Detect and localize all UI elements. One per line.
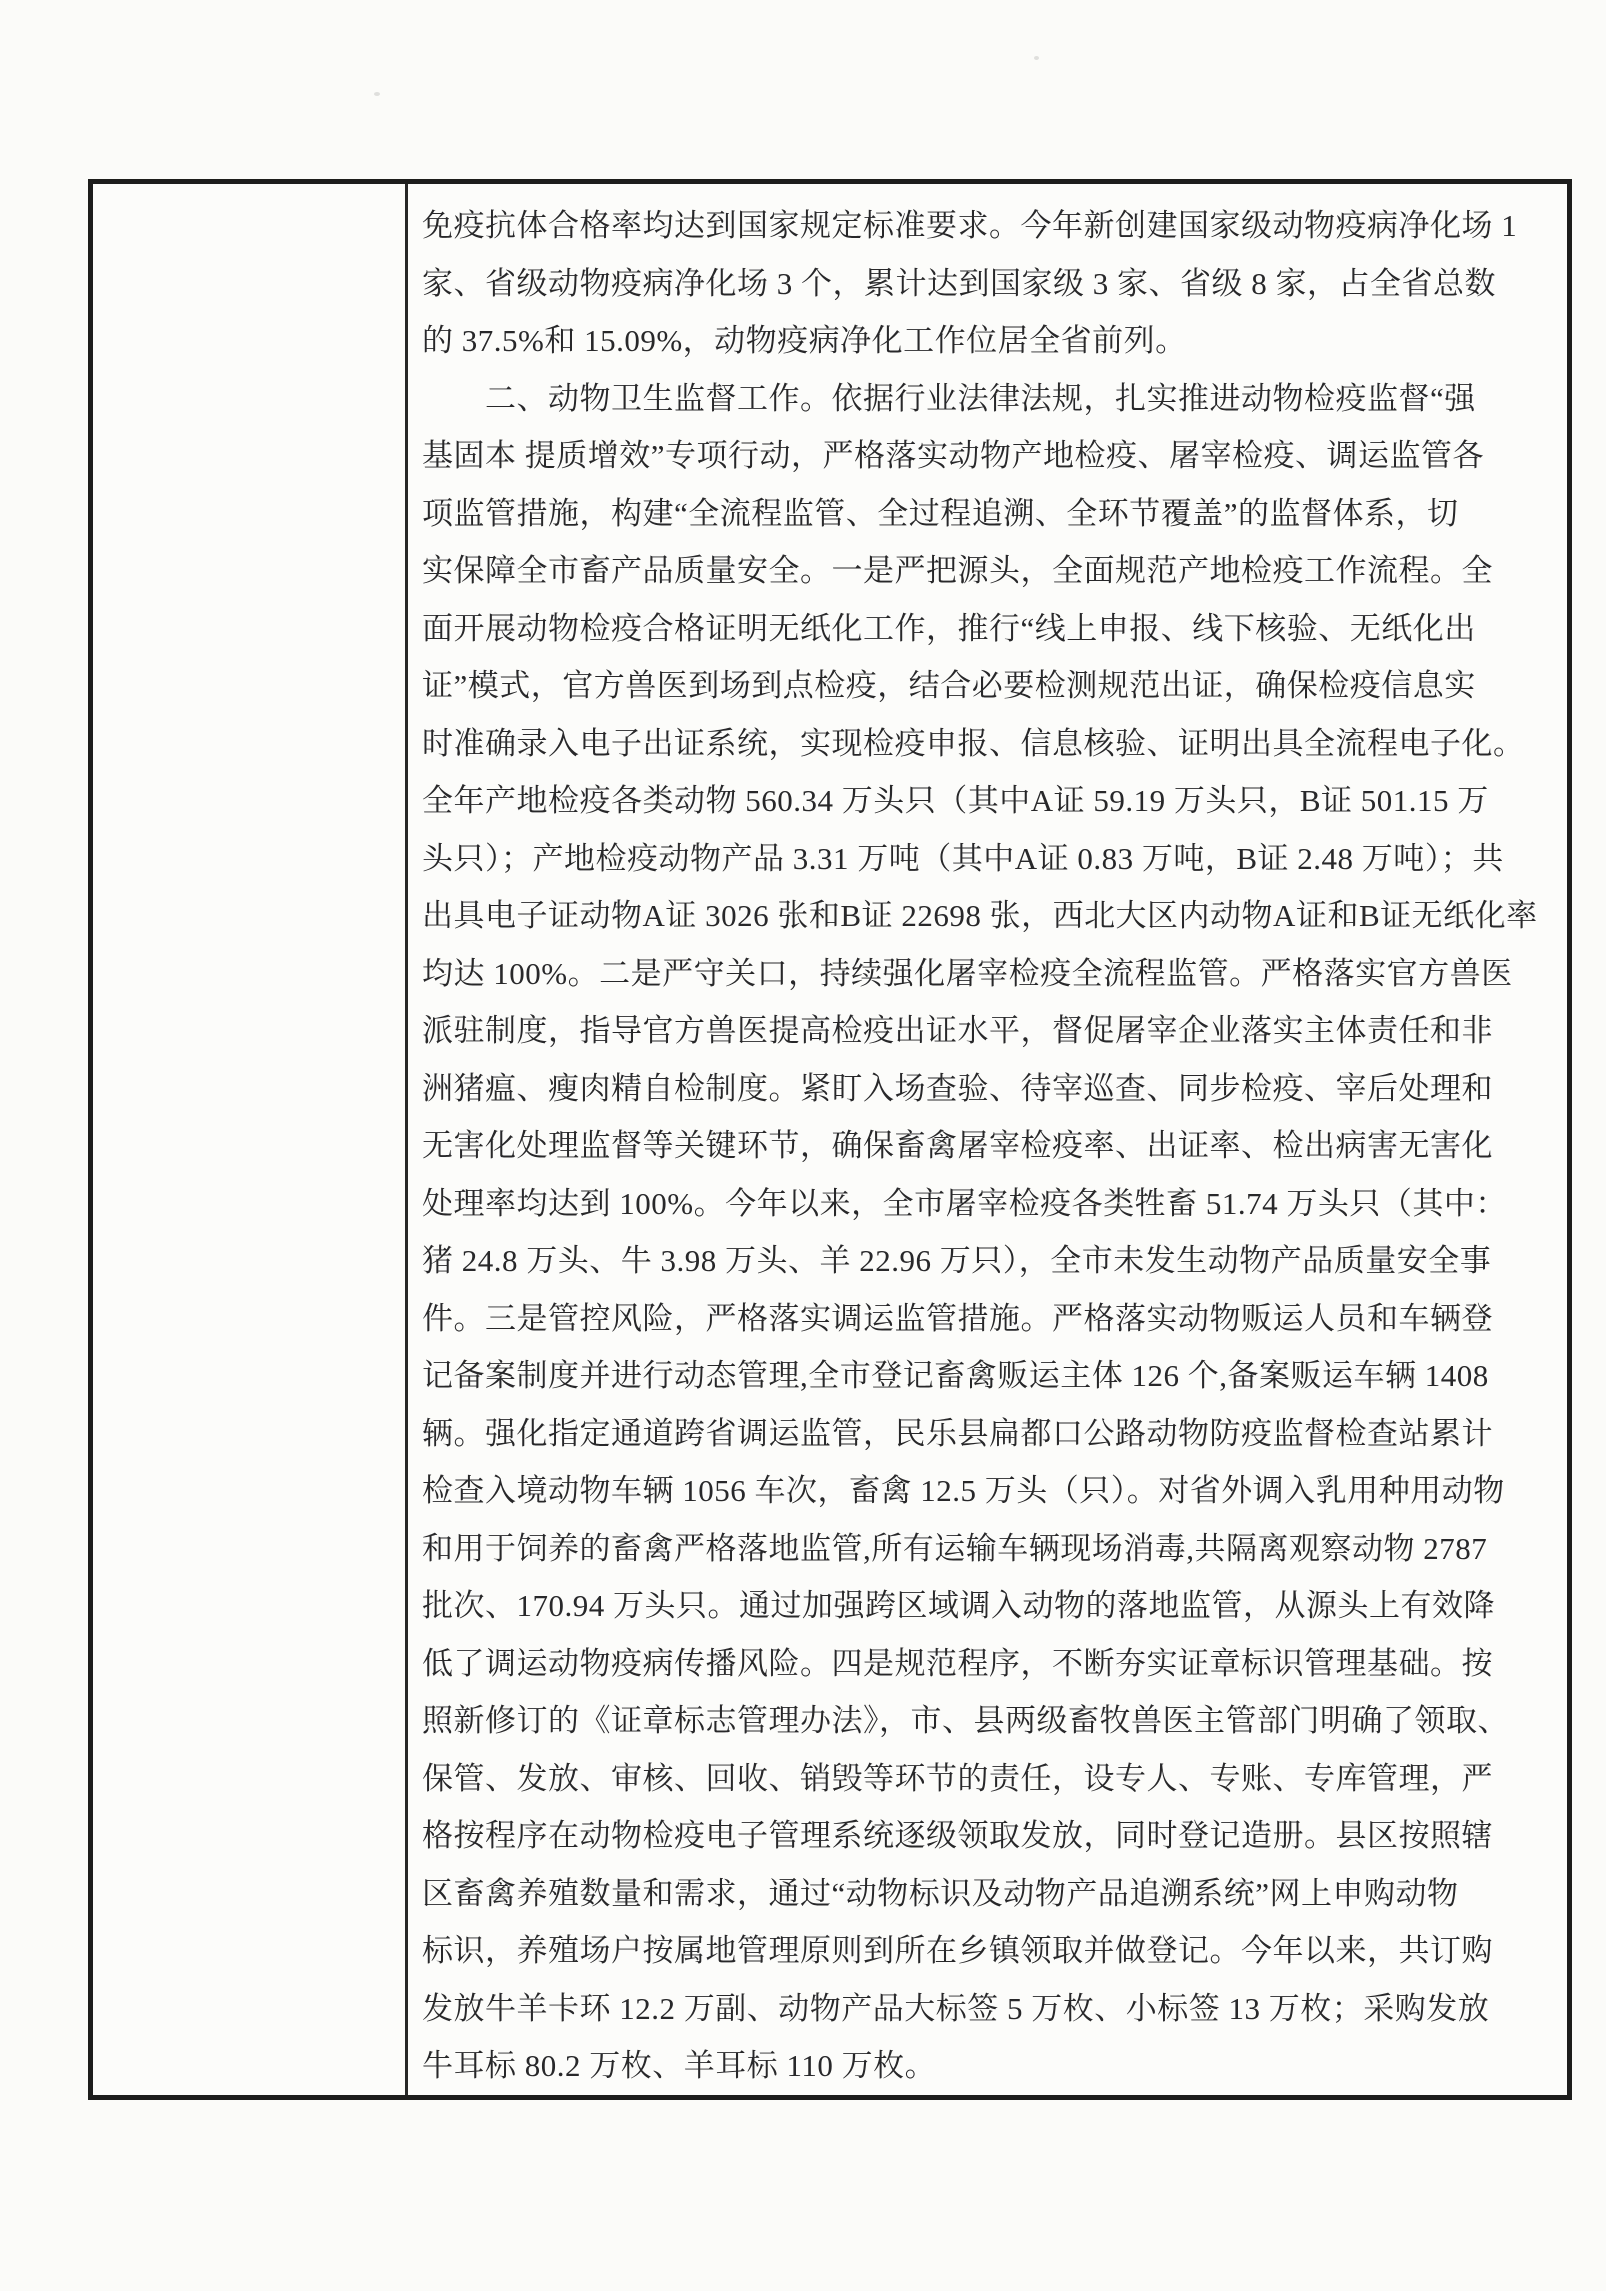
text-line: 辆。强化指定通道跨省调运监管，民乐县扁都口公路动物防疫监督检查站累计: [422, 1405, 1555, 1463]
text-line: 低了调运动物疫病传播风险。四是规范程序，不断夯实证章标识管理基础。按: [422, 1635, 1555, 1693]
text-line: 区畜禽养殖数量和需求，通过“动物标识及动物产品追溯系统”网上申购动物: [422, 1865, 1555, 1923]
text-line: 批次、170.94 万头只。通过加强跨区域调入动物的落地监管，从源头上有效降: [422, 1577, 1555, 1635]
text-line: 保管、发放、审核、回收、销毁等环节的责任，设专人、专账、专库管理，严: [422, 1750, 1555, 1808]
text-line: 面开展动物检疫合格证明无纸化工作，推行“线上申报、线下核验、无纸化出: [422, 600, 1555, 658]
text-line: 检查入境动物车辆 1056 车次，畜禽 12.5 万头（只）。对省外调入乳用种用…: [422, 1462, 1555, 1520]
text-line: 头只）；产地检疫动物产品 3.31 万吨（其中A证 0.83 万吨，B证 2.4…: [422, 830, 1555, 888]
scanned-page: 免疫抗体合格率均达到国家规定标准要求。今年新创建国家级动物疫病净化场 1家、省级…: [0, 0, 1606, 2291]
text-line: 的 37.5%和 15.09%，动物疫病净化工作位居全省前列。: [422, 312, 1555, 370]
scan-speck: [1034, 56, 1039, 60]
text-line: 家、省级动物疫病净化场 3 个，累计达到国家级 3 家、省级 8 家，占全省总数: [422, 255, 1555, 313]
content-cell: 免疫抗体合格率均达到国家规定标准要求。今年新创建国家级动物疫病净化场 1家、省级…: [408, 184, 1567, 2095]
stub-cell: [93, 184, 408, 2095]
text-line: 项监管措施，构建“全流程监管、全过程追溯、全环节覆盖”的监督体系，切: [422, 485, 1555, 543]
text-line: 件。三是管控风险，严格落实调运监管措施。严格落实动物贩运人员和车辆登: [422, 1290, 1555, 1348]
text-line: 时准确录入电子出证系统，实现检疫申报、信息核验、证明出具全流程电子化。: [422, 715, 1555, 773]
text-line: 牛耳标 80.2 万枚、羊耳标 110 万枚。: [422, 2037, 1555, 2095]
text-line: 无害化处理监督等关键环节，确保畜禽屠宰检疫率、出证率、检出病害无害化: [422, 1117, 1555, 1175]
text-line: 均达 100%。二是严守关口，持续强化屠宰检疫全流程监管。严格落实官方兽医: [422, 945, 1555, 1003]
text-line: 格按程序在动物检疫电子管理系统逐级领取发放，同时登记造册。县区按照辖: [422, 1807, 1555, 1865]
text-line: 洲猪瘟、瘦肉精自检制度。紧盯入场查验、待宰巡查、同步检疫、宰后处理和: [422, 1060, 1555, 1118]
text-line: 发放牛羊卡环 12.2 万副、动物产品大标签 5 万枚、小标签 13 万枚；采购…: [422, 1980, 1555, 2038]
text-line: 二、动物卫生监督工作。依据行业法律法规，扎实推进动物检疫监督“强: [422, 370, 1555, 428]
text-line: 出具电子证动物A证 3026 张和B证 22698 张，西北大区内动物A证和B证…: [422, 887, 1555, 945]
text-line: 全年产地检疫各类动物 560.34 万头只（其中A证 59.19 万头只，B证 …: [422, 772, 1555, 830]
text-line: 猪 24.8 万头、牛 3.98 万头、羊 22.96 万只），全市未发生动物产…: [422, 1232, 1555, 1290]
text-line: 标识，养殖场户按属地管理原则到所在乡镇领取并做登记。今年以来，共订购: [422, 1922, 1555, 1980]
text-line: 实保障全市畜产品质量安全。一是严把源头，全面规范产地检疫工作流程。全: [422, 542, 1555, 600]
scan-speck: [374, 92, 380, 96]
form-table-row: 免疫抗体合格率均达到国家规定标准要求。今年新创建国家级动物疫病净化场 1家、省级…: [88, 179, 1572, 2100]
text-line: 基固本 提质增效”专项行动，严格落实动物产地检疫、屠宰检疫、调运监管各: [422, 427, 1555, 485]
text-line: 派驻制度，指导官方兽医提高检疫出证水平，督促屠宰企业落实主体责任和非: [422, 1002, 1555, 1060]
text-line: 处理率均达到 100%。今年以来，全市屠宰检疫各类牲畜 51.74 万头只（其中…: [422, 1175, 1555, 1233]
text-line: 和用于饲养的畜禽严格落地监管,所有运输车辆现场消毒,共隔离观察动物 2787: [422, 1520, 1555, 1578]
text-line: 记备案制度并进行动态管理,全市登记畜禽贩运主体 126 个,备案贩运车辆 140…: [422, 1347, 1555, 1405]
text-line: 照新修订的《证章标志管理办法》，市、县两级畜牧兽医主管部门明确了领取、: [422, 1692, 1555, 1750]
text-line: 免疫抗体合格率均达到国家规定标准要求。今年新创建国家级动物疫病净化场 1: [422, 197, 1555, 255]
text-line: 证”模式，官方兽医到场到点检疫，结合必要检测规范出证，确保检疫信息实: [422, 657, 1555, 715]
